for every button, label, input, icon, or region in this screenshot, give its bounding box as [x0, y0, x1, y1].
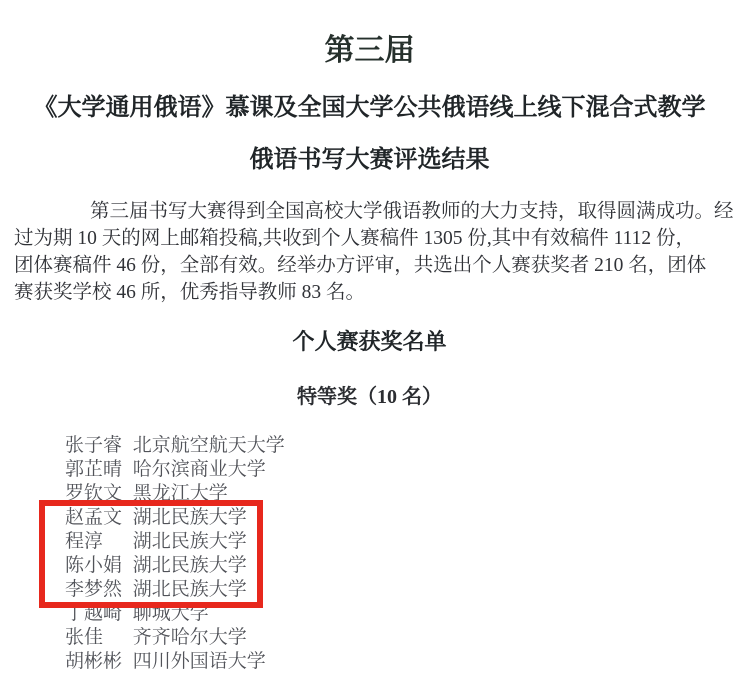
- winner-school: 湖北民族大学: [133, 506, 247, 530]
- winner-school: 湖北民族大学: [133, 578, 247, 602]
- winner-row: 罗钦文 黑龙江大学: [65, 482, 739, 506]
- winner-name: 李梦然: [65, 578, 128, 602]
- winner-school: 黑龙江大学: [133, 482, 228, 506]
- winner-name: 罗钦文: [65, 482, 128, 506]
- document-subtitle-line1: 《大学通用俄语》慕课及全国大学公共俄语线上线下混合式教学: [0, 94, 739, 122]
- winner-school: 聊城大学: [133, 602, 209, 626]
- winner-school: 哈尔滨商业大学: [133, 458, 266, 482]
- winner-name: 郭芷晴: [65, 458, 128, 482]
- winner-row: 李梦然 湖北民族大学: [65, 578, 739, 602]
- winner-name: 张佳: [65, 626, 128, 650]
- document-subtitle-line2: 俄语书写大赛评选结果: [0, 146, 739, 174]
- intro-line: 团体赛稿件 46 份，全部有效。经举办方评审，共选出个人赛获奖者 210 名，团…: [14, 252, 721, 279]
- intro-line: 第三届书写大赛得到全国高校大学俄语教师的大力支持，取得圆满成功。经: [14, 198, 721, 225]
- winner-name: 程淳: [65, 530, 128, 554]
- winner-school: 湖北民族大学: [133, 530, 247, 554]
- intro-line: 过为期 10 天的网上邮箱投稿,共收到个人赛稿件 1305 份,其中有效稿件 1…: [14, 225, 721, 252]
- winner-school: 北京航空航天大学: [133, 434, 285, 458]
- winner-school: 齐齐哈尔大学: [133, 626, 247, 650]
- winner-list: 张子睿 北京航空航天大学 郭芷晴 哈尔滨商业大学 罗钦文 黑龙江大学 赵孟文 湖…: [0, 434, 739, 674]
- winner-name: 赵孟文: [65, 506, 128, 530]
- winner-row: 胡彬彬 四川外国语大学: [65, 650, 739, 674]
- special-prize-heading: 特等奖（10 名）: [0, 386, 739, 408]
- individual-awards-heading: 个人赛获奖名单: [0, 330, 739, 354]
- winner-row: 赵孟文 湖北民族大学: [65, 506, 739, 530]
- winner-school: 湖北民族大学: [133, 554, 247, 578]
- winner-row: 丁越崎 聊城大学: [65, 602, 739, 626]
- winner-row: 程淳 湖北民族大学: [65, 530, 739, 554]
- document-page: 第三届 《大学通用俄语》慕课及全国大学公共俄语线上线下混合式教学 俄语书写大赛评…: [0, 0, 739, 686]
- intro-paragraph: 第三届书写大赛得到全国高校大学俄语教师的大力支持，取得圆满成功。经 过为期 10…: [14, 198, 721, 306]
- winner-row: 郭芷晴 哈尔滨商业大学: [65, 458, 739, 482]
- intro-line: 赛获奖学校 46 所，优秀指导教师 83 名。: [14, 279, 721, 306]
- winner-row: 张佳 齐齐哈尔大学: [65, 626, 739, 650]
- winner-name: 胡彬彬: [65, 650, 128, 674]
- winner-name: 丁越崎: [65, 602, 128, 626]
- winner-row: 陈小娟 湖北民族大学: [65, 554, 739, 578]
- winner-school: 四川外国语大学: [133, 650, 266, 674]
- document-title: 第三届: [0, 34, 739, 68]
- winner-name: 陈小娟: [65, 554, 128, 578]
- winner-row: 张子睿 北京航空航天大学: [65, 434, 739, 458]
- winner-name: 张子睿: [65, 434, 128, 458]
